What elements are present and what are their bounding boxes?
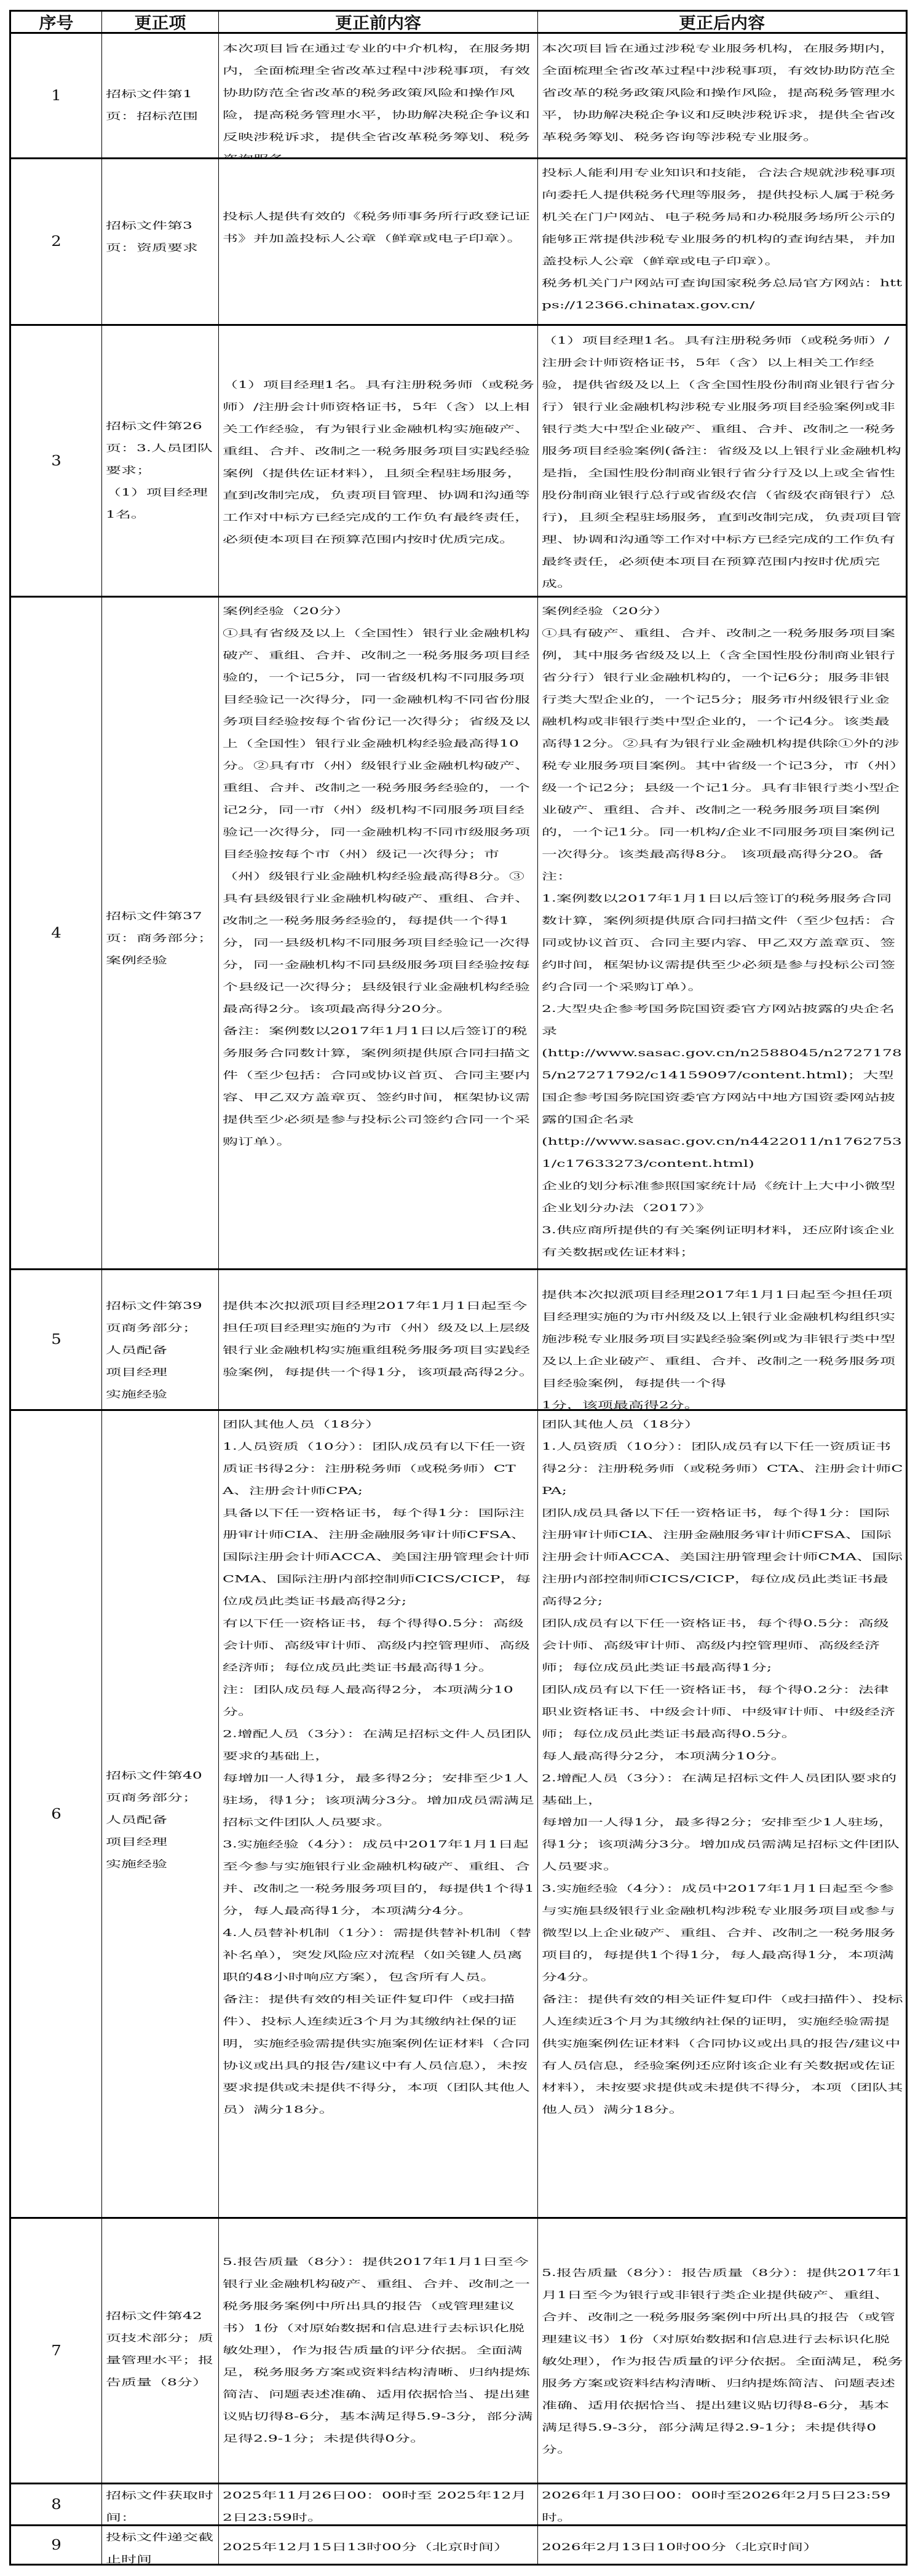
row-before-text: 本次项目旨在通过专业的中介机构，在服务期内，全面梳理全省改革过程中涉税事项，有效… xyxy=(223,38,535,157)
row-before-cell: 2025年11月26日00：00时至 2025年12月2日23:59时。 xyxy=(218,2484,537,2524)
row-no-cell: 5 xyxy=(11,1270,101,1409)
header-cell-item: 更正项 xyxy=(101,12,218,32)
row-number: 8 xyxy=(51,2496,61,2513)
row-item-text: 招标文件第40页商务部分； 人员配备 项目经理 实施经验 xyxy=(106,1764,216,1875)
row-item-cell: 招标文件第3页：资质要求 xyxy=(101,159,218,324)
row-after-text: 2026年1月30日00：00时至2026年2月5日23:59时。 xyxy=(542,2484,903,2524)
header-label: 更正前内容 xyxy=(335,12,421,32)
header-cell-before: 更正前内容 xyxy=(218,12,537,32)
header-label: 更正后内容 xyxy=(679,12,765,32)
row-number: 7 xyxy=(51,2342,61,2359)
row-number: 1 xyxy=(51,87,61,104)
table-row: 8 招标文件获取时间： 2025年11月26日00：00时至 2025年12月2… xyxy=(11,2483,906,2524)
row-no-cell: 9 xyxy=(11,2526,101,2564)
row-number: 4 xyxy=(51,925,61,941)
row-no-cell: 8 xyxy=(11,2484,101,2524)
row-no-cell: 7 xyxy=(11,2219,101,2483)
row-number: 2 xyxy=(51,234,61,250)
row-before-text: 2025年11月26日00：00时至 2025年12月2日23:59时。 xyxy=(223,2484,535,2524)
table-row: 3 招标文件第26页：3.人员团队要求； （1）项目经理1名。 （1）项目经理1… xyxy=(11,324,906,596)
row-before-text: 投标人提供有效的《税务师事务所行政登记证书》并加盖投标人公章（鲜章或电子印章）。 xyxy=(223,205,535,250)
row-before-text: 5.报告质量（8分）：提供2017年1月1日至今银行业金融机构破产、重组、合并、… xyxy=(223,2251,535,2450)
table-row: 9 投标文件递交截止时间 2025年12月15日13时00分（北京时间） 202… xyxy=(11,2524,906,2564)
row-number: 6 xyxy=(51,1806,61,1822)
row-no-cell: 3 xyxy=(11,326,101,596)
row-item-text: 招标文件第26页：3.人员团队要求； （1）项目经理1名。 xyxy=(106,415,216,526)
header-cell-after: 更正后内容 xyxy=(537,12,906,32)
row-item-cell: 招标文件第42页技术部分；质量管理水平；报告质量（8分） xyxy=(101,2219,218,2483)
table-row: 1 招标文件第1页：招标范围 本次项目旨在通过专业的中介机构，在服务期内，全面梳… xyxy=(11,32,906,157)
row-after-cell: 5.报告质量（8分）：报告质量（8分）：提供2017年1月1日至今为银行或非银行… xyxy=(537,2219,906,2483)
row-before-cell: 提供本次拟派项目经理2017年1月1日起至今担任项目经理实施的为市（州）级及以上… xyxy=(218,1270,537,1409)
row-item-cell: 招标文件第40页商务部分； 人员配备 项目经理 实施经验 xyxy=(101,1411,218,2217)
row-before-text: （1）项目经理1名。具有注册税务师（或税务师）/注册会计师资格证书，5年（含）以… xyxy=(223,374,535,551)
row-after-cell: 2026年2月13日10时00分（北京时间） xyxy=(537,2526,906,2564)
row-after-cell: 投标人能利用专业知识和技能，合法合规就涉税事项向委托人提供税务代理等服务，提供投… xyxy=(537,159,906,324)
row-item-cell: 招标文件第37页：商务部分；案例经验 xyxy=(101,598,218,1268)
row-number: 3 xyxy=(51,452,61,469)
row-item-cell: 招标文件第26页：3.人员团队要求； （1）项目经理1名。 xyxy=(101,326,218,596)
row-before-text: 团队其他人员（18分） 1.人员资质（10分）：团队成员有以下任一资质证书得2分… xyxy=(223,1413,535,2121)
row-item-text: 投标文件递交截止时间 xyxy=(106,2526,216,2564)
table-row: 2 招标文件第3页：资质要求 投标人提供有效的《税务师事务所行政登记证书》并加盖… xyxy=(11,157,906,324)
row-before-text: 2025年12月15日13时00分（北京时间） xyxy=(223,2536,535,2558)
table-row: 5 招标文件第39页商务部分； 人员配备 项目经理 实施经验 提供本次拟派项目经… xyxy=(11,1268,906,1409)
table-row: 4 招标文件第37页：商务部分；案例经验 案例经验（20分） ①具有省级及以上（… xyxy=(11,596,906,1268)
table-row: 6 招标文件第40页商务部分； 人员配备 项目经理 实施经验 团队其他人员（18… xyxy=(11,1409,906,2217)
row-after-cell: 团队其他人员（18分） 1.人员资质（10分）：团队成员有以下任一资质证书得2分… xyxy=(537,1411,906,2217)
row-item-cell: 招标文件第39页商务部分； 人员配备 项目经理 实施经验 xyxy=(101,1270,218,1409)
row-after-cell: 2026年1月30日00：00时至2026年2月5日23:59时。 xyxy=(537,2484,906,2524)
row-before-cell: 案例经验（20分） ①具有省级及以上（全国性）银行业金融机构破产、重组、合并、改… xyxy=(218,598,537,1268)
row-before-text: 案例经验（20分） ①具有省级及以上（全国性）银行业金融机构破产、重组、合并、改… xyxy=(223,600,535,1153)
row-after-text: 2026年2月13日10时00分（北京时间） xyxy=(542,2536,903,2558)
row-item-text: 招标文件第3页：资质要求 xyxy=(106,215,216,259)
row-after-text: 团队其他人员（18分） 1.人员资质（10分）：团队成员有以下任一资质证书得2分… xyxy=(542,1413,903,2121)
row-no-cell: 4 xyxy=(11,598,101,1268)
row-before-cell: 投标人提供有效的《税务师事务所行政登记证书》并加盖投标人公章（鲜章或电子印章）。 xyxy=(218,159,537,324)
row-after-text: 5.报告质量（8分）：报告质量（8分）：提供2017年1月1日至今为银行或非银行… xyxy=(542,2262,903,2461)
row-before-cell: （1）项目经理1名。具有注册税务师（或税务师）/注册会计师资格证书，5年（含）以… xyxy=(218,326,537,596)
row-item-cell: 投标文件递交截止时间 xyxy=(101,2526,218,2564)
row-after-text: 本次项目旨在通过涉税专业服务机构，在服务期内，全面梳理全省改革过程中涉税事项，有… xyxy=(542,38,903,148)
row-before-cell: 2025年12月15日13时00分（北京时间） xyxy=(218,2526,537,2564)
row-item-text: 招标文件第42页技术部分；质量管理水平；报告质量（8分） xyxy=(106,2305,216,2393)
row-after-text: 案例经验（20分） ①具有破产、重组、合并、改制之一税务服务项目案例，其中服务省… xyxy=(542,600,903,1263)
row-item-cell: 招标文件第1页：招标范围 xyxy=(101,34,218,157)
header-cell-no: 序号 xyxy=(11,12,101,32)
row-after-text: 提供本次拟派项目经理2017年1月1日起至今担任项目经理实施的为市州级及以上银行… xyxy=(542,1284,903,1409)
row-before-cell: 团队其他人员（18分） 1.人员资质（10分）：团队成员有以下任一资质证书得2分… xyxy=(218,1411,537,2217)
row-no-cell: 2 xyxy=(11,159,101,324)
table-header-row: 序号 更正项 更正前内容 更正后内容 xyxy=(11,12,906,32)
row-item-text: 招标文件第1页：招标范围 xyxy=(106,83,216,127)
correction-table: 序号 更正项 更正前内容 更正后内容 1 招标文件第1页：招标范围 本次项目旨在… xyxy=(9,10,908,2566)
row-no-cell: 6 xyxy=(11,1411,101,2217)
row-after-cell: 本次项目旨在通过涉税专业服务机构，在服务期内，全面梳理全省改革过程中涉税事项，有… xyxy=(537,34,906,157)
row-before-text: 提供本次拟派项目经理2017年1月1日起至今担任项目经理实施的为市（州）级及以上… xyxy=(223,1295,535,1383)
header-label: 序号 xyxy=(39,12,73,32)
row-after-text: 投标人能利用专业知识和技能，合法合规就涉税事项向委托人提供税务代理等服务，提供投… xyxy=(542,162,903,317)
row-after-cell: 案例经验（20分） ①具有破产、重组、合并、改制之一税务服务项目案例，其中服务省… xyxy=(537,598,906,1268)
table-row: 7 招标文件第42页技术部分；质量管理水平；报告质量（8分） 5.报告质量（8分… xyxy=(11,2217,906,2483)
header-label: 更正项 xyxy=(134,12,186,32)
row-item-text: 招标文件获取时间： xyxy=(106,2484,216,2524)
row-after-cell: （1）项目经理1名。具有注册税务师（或税务师）/注册会计师资格证书，5年（含）以… xyxy=(537,326,906,596)
row-number: 9 xyxy=(51,2537,61,2553)
row-item-cell: 招标文件获取时间： xyxy=(101,2484,218,2524)
row-item-text: 招标文件第39页商务部分； 人员配备 项目经理 实施经验 xyxy=(106,1295,216,1405)
row-number: 5 xyxy=(51,1332,61,1348)
row-before-cell: 5.报告质量（8分）：提供2017年1月1日至今银行业金融机构破产、重组、合并、… xyxy=(218,2219,537,2483)
row-no-cell: 1 xyxy=(11,34,101,157)
row-after-cell: 提供本次拟派项目经理2017年1月1日起至今担任项目经理实施的为市州级及以上银行… xyxy=(537,1270,906,1409)
row-after-text: （1）项目经理1名。具有注册税务师（或税务师）/注册会计师资格证书，5年（含）以… xyxy=(542,330,903,595)
row-item-text: 招标文件第37页：商务部分；案例经验 xyxy=(106,905,216,971)
row-before-cell: 本次项目旨在通过专业的中介机构，在服务期内，全面梳理全省改革过程中涉税事项，有效… xyxy=(218,34,537,157)
